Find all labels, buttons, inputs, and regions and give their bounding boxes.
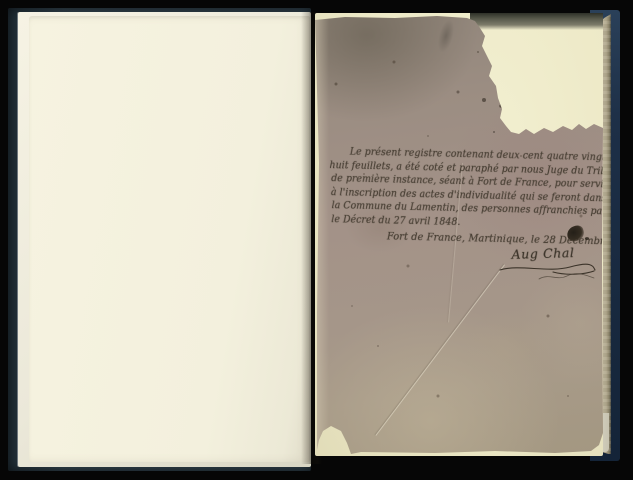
left-blank-page (29, 16, 310, 462)
date-line: Fort de France, Martinique, le 28 Décemb… (387, 230, 633, 248)
ink-blot-satellite (585, 237, 589, 240)
scanned-register-spread: Le présent registre contenant deux cent … (0, 0, 633, 480)
handwriting-line: le Décret du 27 avril 1848. (331, 214, 460, 228)
tear-top-edge-shadow (470, 13, 603, 30)
paraph-mark (537, 271, 597, 283)
signature: Aug Chal (511, 245, 574, 262)
